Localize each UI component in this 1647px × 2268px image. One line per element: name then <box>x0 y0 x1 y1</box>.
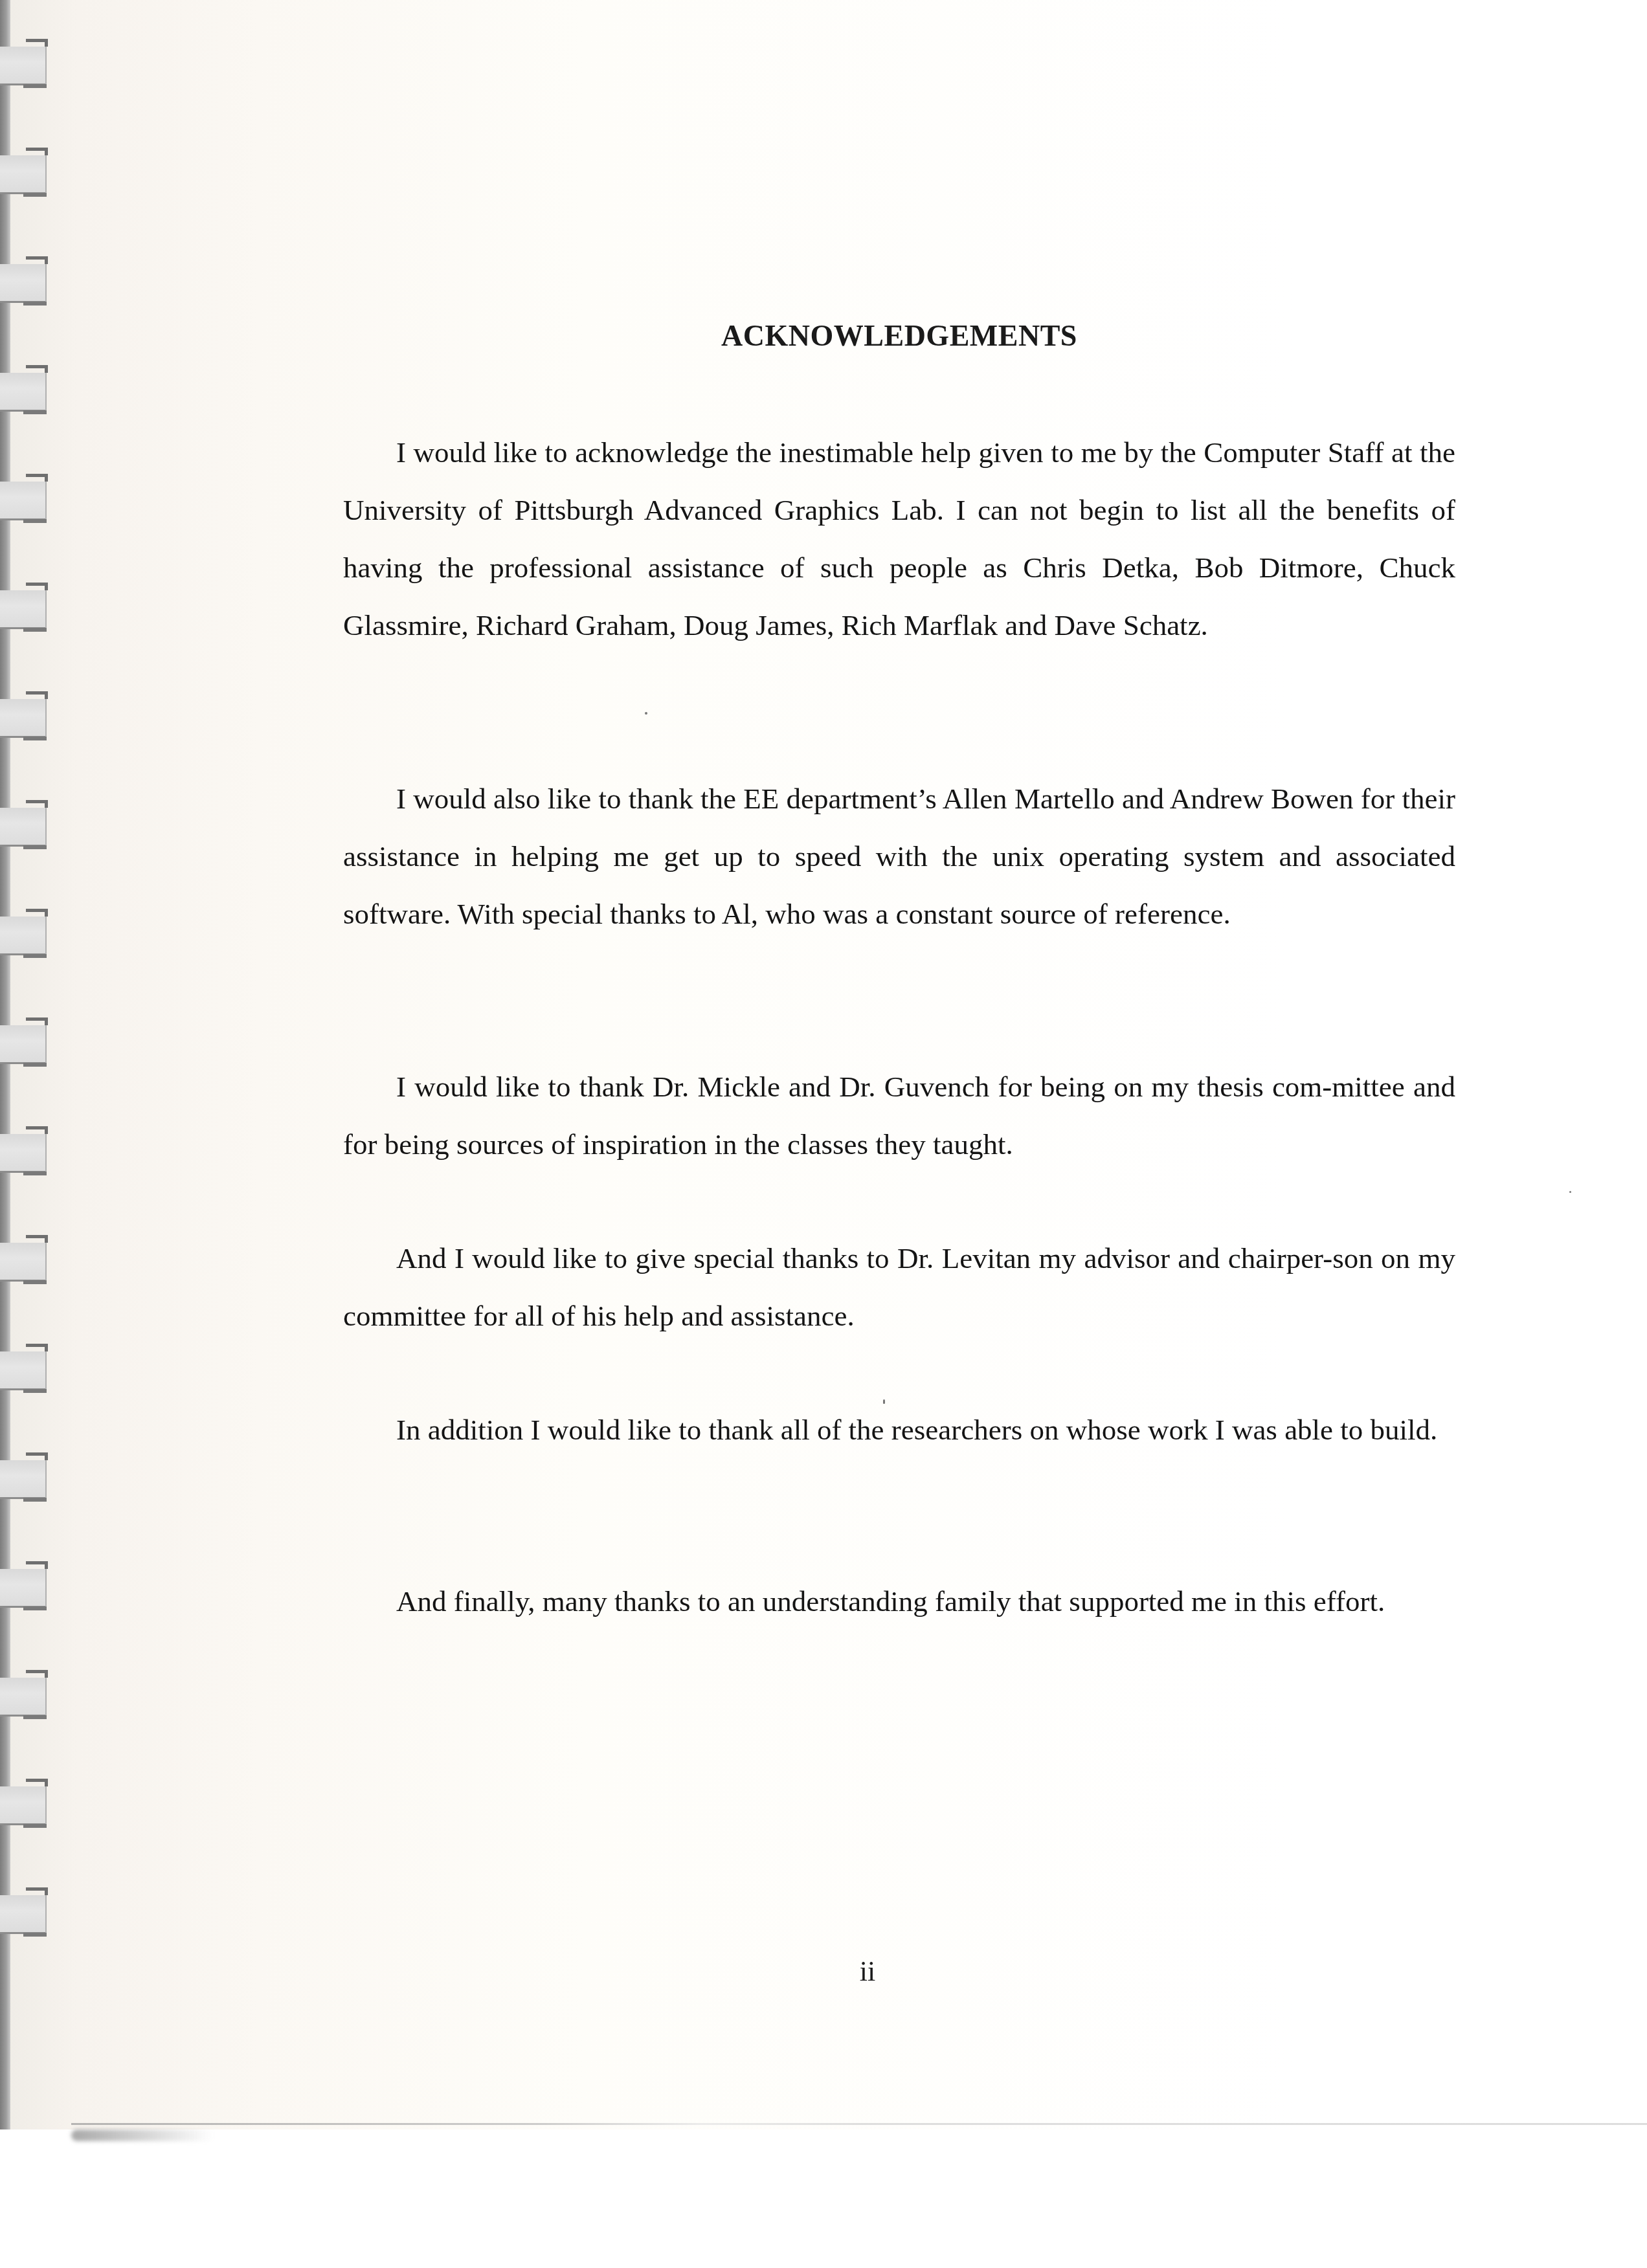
binding-loop-body <box>0 482 47 520</box>
binding-loop-tip <box>26 1670 48 1678</box>
binding-loop-body <box>0 1134 47 1173</box>
paragraph-family: And finally, many thanks to an understan… <box>343 1573 1455 1630</box>
page-heading: ACKNOWLEDGEMENTS <box>343 318 1455 353</box>
binding-loop-foot <box>23 519 47 523</box>
binding-loop-tip <box>26 39 48 47</box>
binding-loop <box>0 148 47 203</box>
binding-loop-foot <box>23 1715 47 1719</box>
binding-loop-foot <box>23 845 47 849</box>
paragraph-ee-department: I would also like to thank the EE depart… <box>343 770 1455 943</box>
binding-loop-body <box>0 373 47 412</box>
binding-loop-tip <box>26 1452 48 1460</box>
binding-loop-body <box>0 917 47 955</box>
binding-loop <box>0 909 47 964</box>
binding-loop-foot <box>23 1063 47 1067</box>
binding-loop-foot <box>23 84 47 88</box>
paragraph-thesis-committee: I would like to thank Dr. Mickle and Dr.… <box>343 1058 1455 1173</box>
binding-loop-foot <box>23 954 47 958</box>
binding-loop <box>0 1561 47 1617</box>
binding-loop <box>0 691 47 747</box>
binding-loop <box>0 1126 47 1182</box>
binding-loop-body <box>0 590 47 629</box>
binding-loop-body <box>0 1025 47 1064</box>
paragraph-researchers: In addition I would like to thank all of… <box>343 1401 1455 1459</box>
binding-loop-tip <box>26 365 48 373</box>
binding-loop-body <box>0 808 47 847</box>
scan-speck <box>1569 1191 1571 1193</box>
binding-loop <box>0 256 47 312</box>
binding-loop <box>0 1344 47 1399</box>
binding-loop-tip <box>26 474 48 482</box>
binding-loop-body <box>0 1569 47 1608</box>
binding-loop-tip <box>26 800 48 808</box>
binding-loop-foot <box>23 737 47 740</box>
binding-loop-body <box>0 47 47 85</box>
scan-speck <box>883 1399 885 1404</box>
binding-loop-foot <box>23 1172 47 1175</box>
binding-loop <box>0 1670 47 1726</box>
binding-loop-tip <box>26 1235 48 1243</box>
binding-loop-body <box>0 1786 47 1825</box>
binding-loop-foot <box>23 1280 47 1284</box>
binding-loop-tip <box>26 1561 48 1569</box>
binding-loop-foot <box>23 1606 47 1610</box>
paragraph-advisor: And I would like to give special thanks … <box>343 1230 1455 1345</box>
binding-loop-tip <box>26 148 48 155</box>
binding-loop-tip <box>26 691 48 699</box>
binding-loop <box>0 583 47 638</box>
binding-loop-foot <box>23 1933 47 1937</box>
binding-loop <box>0 1017 47 1073</box>
binding-loop-body <box>0 1243 47 1282</box>
binding-loop <box>0 1235 47 1291</box>
binding-loop-foot <box>23 410 47 414</box>
binding-loop-foot <box>23 1389 47 1393</box>
binding-loop-tip <box>26 1887 48 1895</box>
binding-loop <box>0 365 47 421</box>
page-number: ii <box>842 1955 893 1988</box>
binding-loop-body <box>0 1460 47 1499</box>
binding-loop-foot <box>23 193 47 197</box>
binding-loop-body <box>0 1895 47 1934</box>
binding-loop-tip <box>26 1126 48 1134</box>
page-bottom-edge <box>71 2123 1647 2125</box>
page-shadow <box>71 2129 214 2141</box>
binding-loop-tip <box>26 1779 48 1786</box>
binding-loop <box>0 1452 47 1508</box>
binding-loop-tip <box>26 583 48 590</box>
binding-loop <box>0 800 47 856</box>
binding-loop-body <box>0 1678 47 1717</box>
binding-loop-tip <box>26 1344 48 1351</box>
binding-loop-tip <box>26 909 48 917</box>
binding-loop-foot <box>23 302 47 306</box>
comb-binding <box>0 0 58 2129</box>
binding-loop-tip <box>26 256 48 264</box>
binding-loop-foot <box>23 1498 47 1502</box>
binding-loop <box>0 474 47 529</box>
binding-loop <box>0 1887 47 1943</box>
paragraph-graphics-lab-staff: I would like to acknowledge the inestima… <box>343 424 1455 654</box>
binding-loop-body <box>0 1351 47 1390</box>
scan-speck <box>645 712 647 715</box>
binding-loop <box>0 1779 47 1834</box>
binding-loop-tip <box>26 1017 48 1025</box>
binding-loop-body <box>0 264 47 303</box>
binding-loop-foot <box>23 1824 47 1828</box>
binding-loop-foot <box>23 628 47 632</box>
binding-loop <box>0 39 47 94</box>
binding-loop-body <box>0 699 47 738</box>
binding-loop-body <box>0 155 47 194</box>
